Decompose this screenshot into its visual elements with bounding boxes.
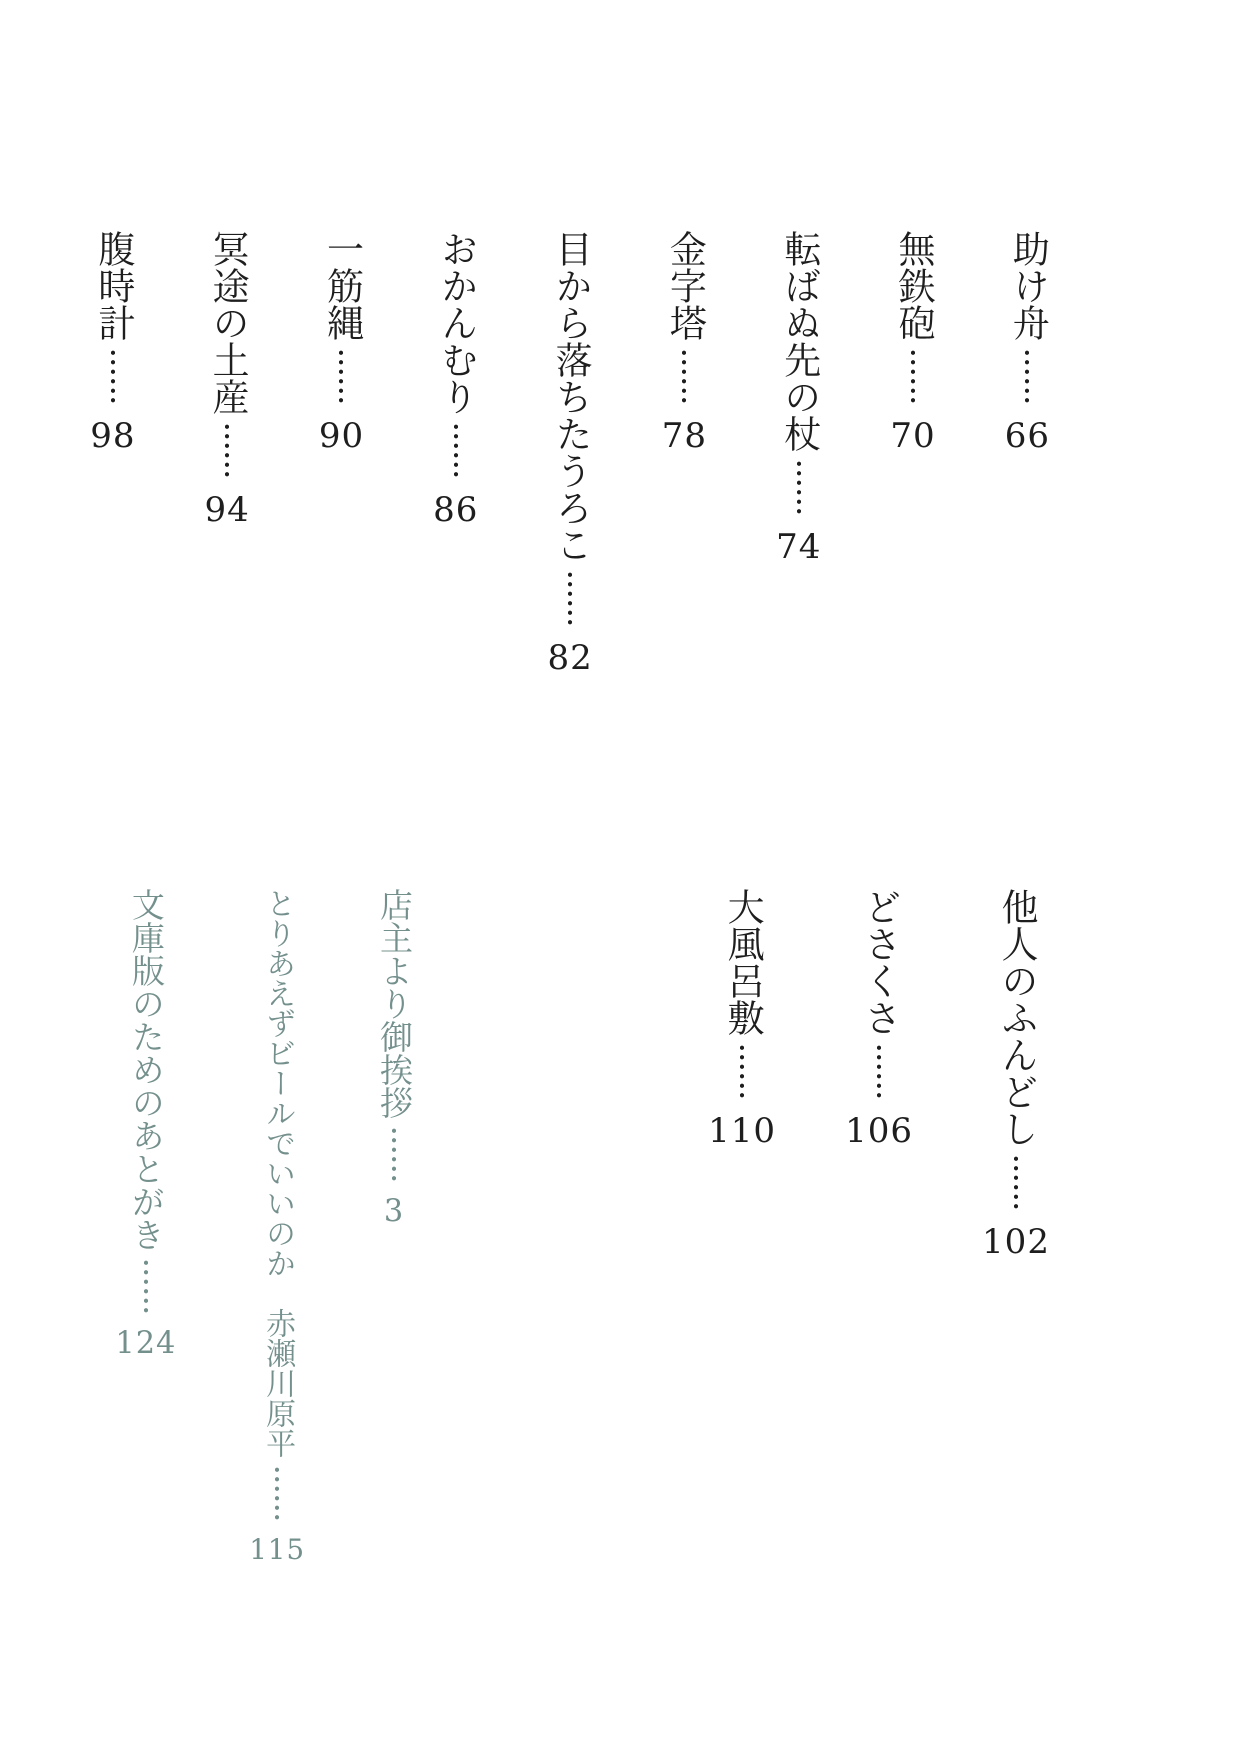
- toc-entry-page: 86: [433, 493, 478, 527]
- toc-entry-page: 3: [384, 1197, 404, 1227]
- toc-entry-page: 94: [205, 493, 250, 527]
- toc-entry-page: 66: [1005, 419, 1050, 453]
- leader-dots: [1025, 348, 1029, 405]
- toc-page: 助け舟66 無鉄砲70 転ばぬ先の杖74 金字塔78 目から落ちたうろこ82 お…: [0, 0, 1240, 1748]
- leader-dots: [797, 459, 801, 516]
- toc-entry-title: とりあえずビールでいいのか 赤瀬川原平: [260, 888, 295, 1458]
- toc-entry: 文庫版のためのあとがき124: [115, 888, 176, 1564]
- toc-entry: 一筋縄90: [319, 230, 364, 675]
- toc-entry: 他人のふんどし102: [982, 888, 1050, 1259]
- toc-entry: 転ばぬ先の杖74: [776, 230, 821, 675]
- leader-dots: [682, 348, 686, 405]
- leader-dots: [1014, 1154, 1018, 1211]
- leader-dots: [392, 1126, 396, 1183]
- toc-entry: とりあえずビールでいいのか 赤瀬川原平115: [249, 888, 305, 1564]
- toc-entry: おかんむり86: [433, 230, 478, 675]
- toc-entry-page: 90: [319, 419, 364, 453]
- toc-entry-title: 転ばぬ先の杖: [778, 230, 821, 452]
- toc-entry: どさくさ106: [845, 888, 913, 1259]
- toc-entry-title: おかんむり: [435, 230, 478, 415]
- toc-entry-page: 106: [845, 1114, 913, 1148]
- toc-entry: 大風呂敷110: [708, 888, 776, 1259]
- toc-entry: 冥途の土産94: [205, 230, 250, 675]
- toc-entry: 助け舟66: [1005, 230, 1050, 675]
- toc-section-continued: 他人のふんどし102 どさくさ106 大風呂敷110: [708, 888, 1050, 1259]
- toc-entry-title: 他人のふんどし: [995, 888, 1038, 1147]
- toc-entry: 腹時計98: [90, 230, 135, 675]
- toc-section-main: 助け舟66 無鉄砲70 転ばぬ先の杖74 金字塔78 目から落ちたうろこ82 お…: [90, 230, 1050, 675]
- toc-entry: 金字塔78: [662, 230, 707, 675]
- toc-entry-page: 82: [547, 641, 592, 675]
- toc-entry-page: 124: [115, 1329, 176, 1359]
- toc-entry-page: 74: [776, 530, 821, 564]
- toc-entry: 無鉄砲70: [890, 230, 935, 675]
- toc-section-extras: 店主より御挨拶3 とりあえずビールでいいのか 赤瀬川原平115 文庫版のためのあ…: [42, 888, 411, 1564]
- toc-entry-title: 店主より御挨拶: [375, 888, 414, 1119]
- toc-entry-page: 115: [249, 1536, 305, 1564]
- leader-dots: [225, 422, 229, 479]
- toc-entry-title: 文庫版のためのあとがき: [127, 888, 166, 1251]
- toc-entry: 目から落ちたうろこ82: [547, 230, 592, 675]
- toc-entry-title: 一筋縄: [320, 230, 363, 341]
- toc-entry-title: 目から落ちたうろこ: [549, 230, 592, 563]
- leader-dots: [339, 348, 343, 405]
- toc-entry-title: 大風呂敷: [721, 888, 764, 1036]
- leader-dots: [911, 348, 915, 405]
- toc-entry-page: 102: [982, 1225, 1050, 1259]
- toc-entry-page: 110: [708, 1114, 776, 1148]
- toc-entry-title: 金字塔: [663, 230, 706, 341]
- toc-entry-title: 無鉄砲: [892, 230, 935, 341]
- toc-entry-title: 助け舟: [1006, 230, 1049, 341]
- leader-dots: [740, 1043, 744, 1100]
- leader-dots: [275, 1465, 279, 1522]
- leader-dots: [144, 1258, 148, 1315]
- leader-dots: [568, 570, 572, 627]
- leader-dots: [877, 1043, 881, 1100]
- leader-dots: [111, 348, 115, 405]
- leader-dots: [454, 422, 458, 479]
- toc-entry-page: 78: [662, 419, 707, 453]
- toc-entry-page: 98: [90, 419, 135, 453]
- toc-entry-title: どさくさ: [858, 888, 901, 1036]
- toc-entry-title: 腹時計: [92, 230, 135, 341]
- toc-entry-title: 冥途の土産: [206, 230, 249, 415]
- toc-entry: 店主より御挨拶3: [378, 888, 411, 1564]
- toc-entry-page: 70: [890, 419, 935, 453]
